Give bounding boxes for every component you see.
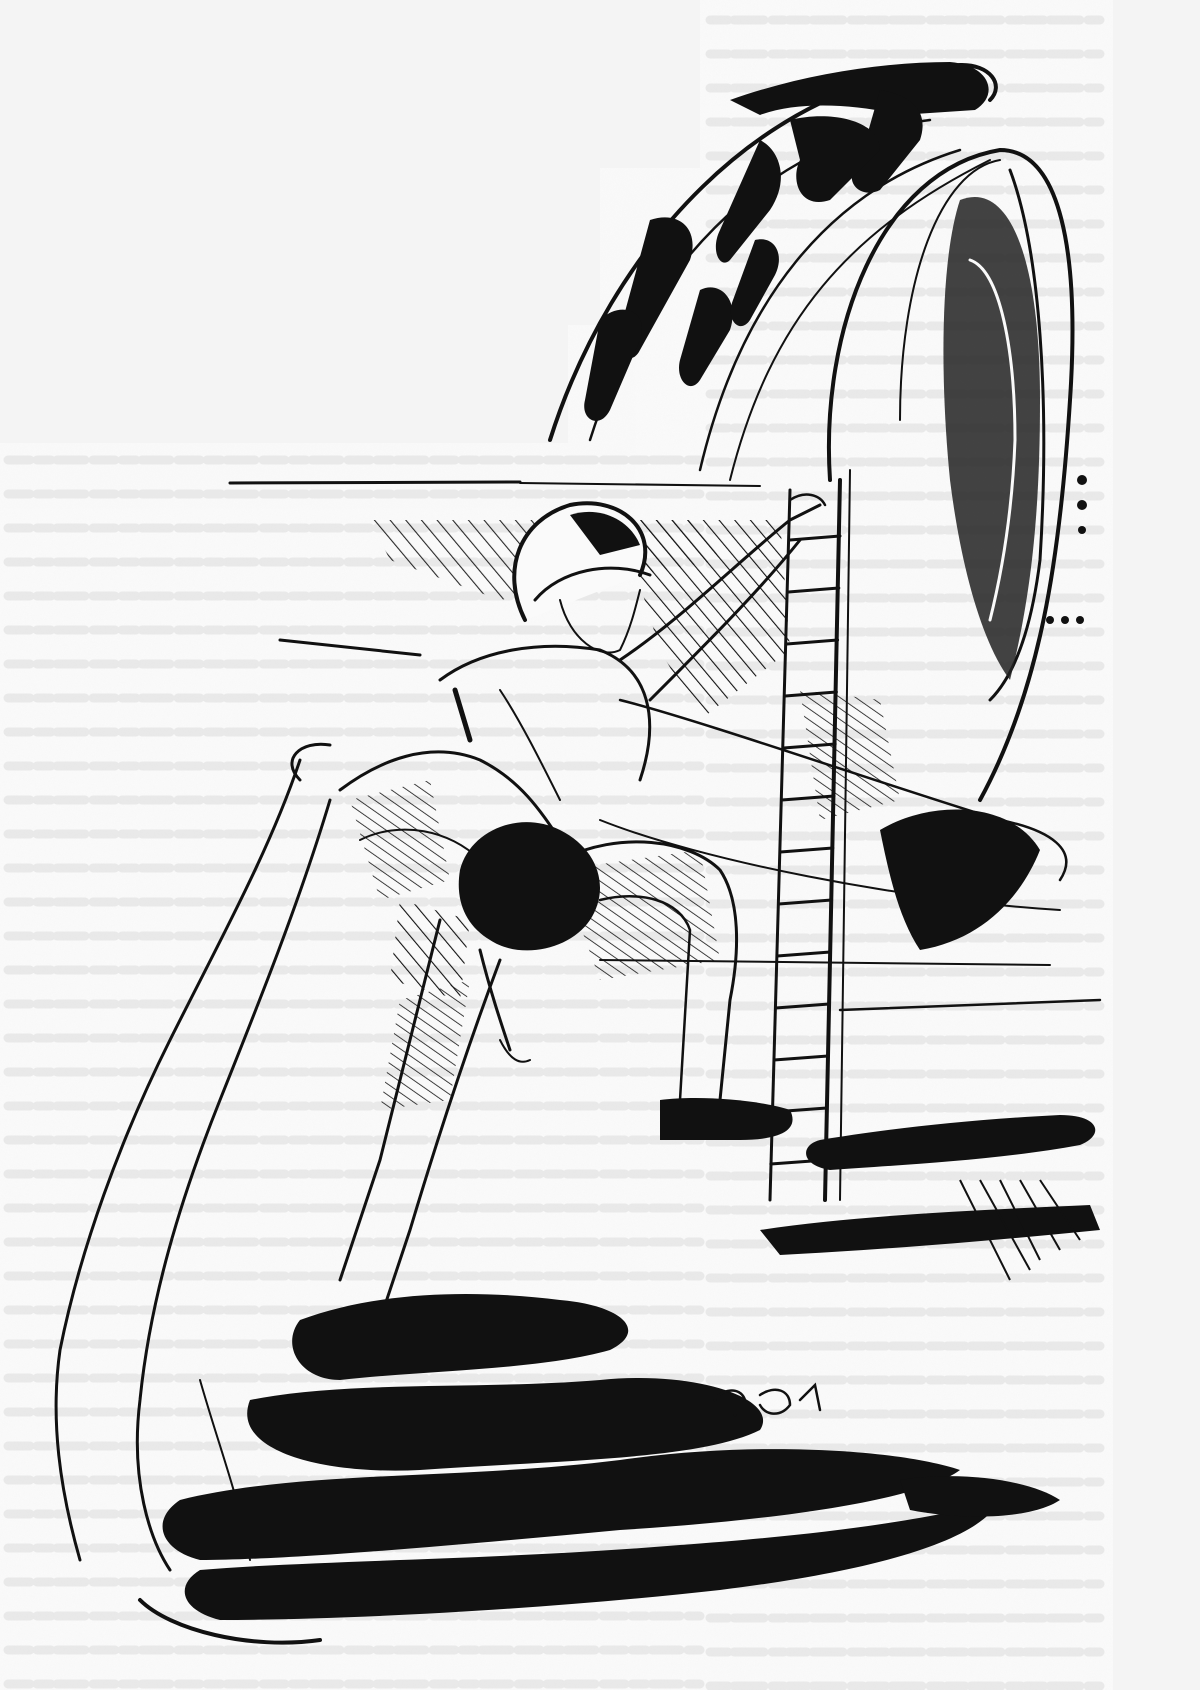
illustration — [0, 0, 1113, 1690]
